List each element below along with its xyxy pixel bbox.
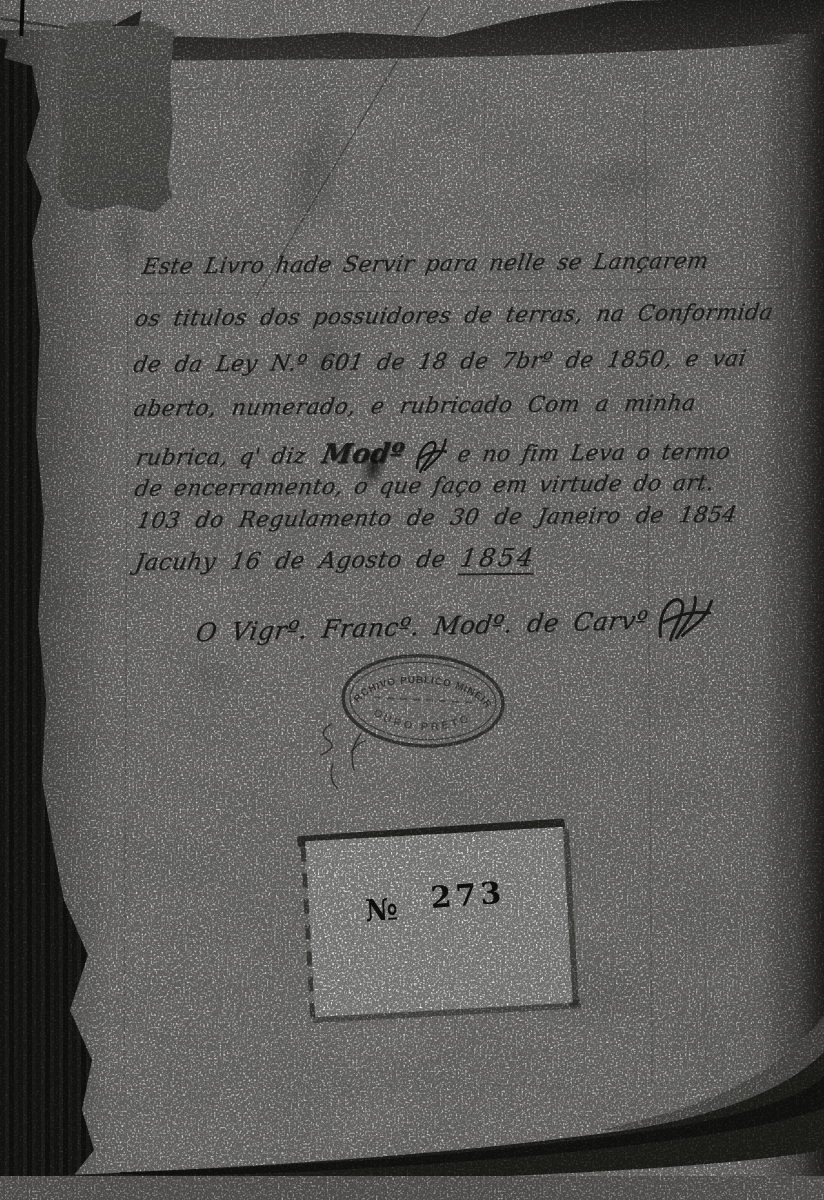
scanned-page: Este Livro hade Servir para nelle se Lan… [0,0,824,1200]
label-paper: № 273 [305,827,572,1017]
dateline: Jacuhy 16 de Agosto de 1854 [133,543,539,576]
pencil-squiggles [295,712,395,807]
manuscript-line5-pre: rubrica, q' diz [134,444,308,471]
table-surface [0,1176,824,1200]
rubrica-flourish-icon [410,434,451,474]
signature-flourish-icon [651,591,716,645]
manuscript-line: de encerramento, o que faço em virtude d… [133,471,716,502]
signature-text: O Vigrº. Francº. Modº. de Carvº [194,606,650,648]
top-edge-shadow [88,0,824,62]
signature-line: O Vigrº. Francº. Modº. de Carvº [195,591,716,657]
tape-patch-fold [112,10,142,26]
manuscript-line: os titulos dos possuidores de terras, na… [133,300,775,332]
manuscript-text-block: Este Livro hade Servir para nelle se Lan… [132,245,696,601]
dateline-prefix: Jacuhy 16 de Agosto de [133,546,462,575]
stamp-dashes [374,697,472,702]
manuscript-line5-post: e no fim Leva o termo [455,440,732,468]
numero-sign: № [364,892,399,929]
stain [237,49,391,282]
stamp-top-text: ARCHIVO PUBLICO MINEIRO [333,643,496,711]
manuscript-line: Este Livro hade Servir para nelle se Lan… [140,249,710,280]
label-number: 273 [429,876,506,916]
stain [556,135,691,220]
tape-patch [57,19,175,213]
manuscript-line: rubrica, q' dizModº e no fim Leva o term… [133,431,734,477]
number-label: № 273 [305,827,572,1017]
manuscript-line: de da Ley N.º 601 de 18 de 7brº de 1850,… [131,346,748,377]
dateline-year: 1854 [458,543,539,576]
manuscript-line: 103 do Regulamento de 30 de Janeiro de 1… [135,503,739,534]
manuscript-line: aberto, numerado, e rubricado Com a minh… [132,391,698,422]
bottom-page-stack [0,1000,824,1200]
